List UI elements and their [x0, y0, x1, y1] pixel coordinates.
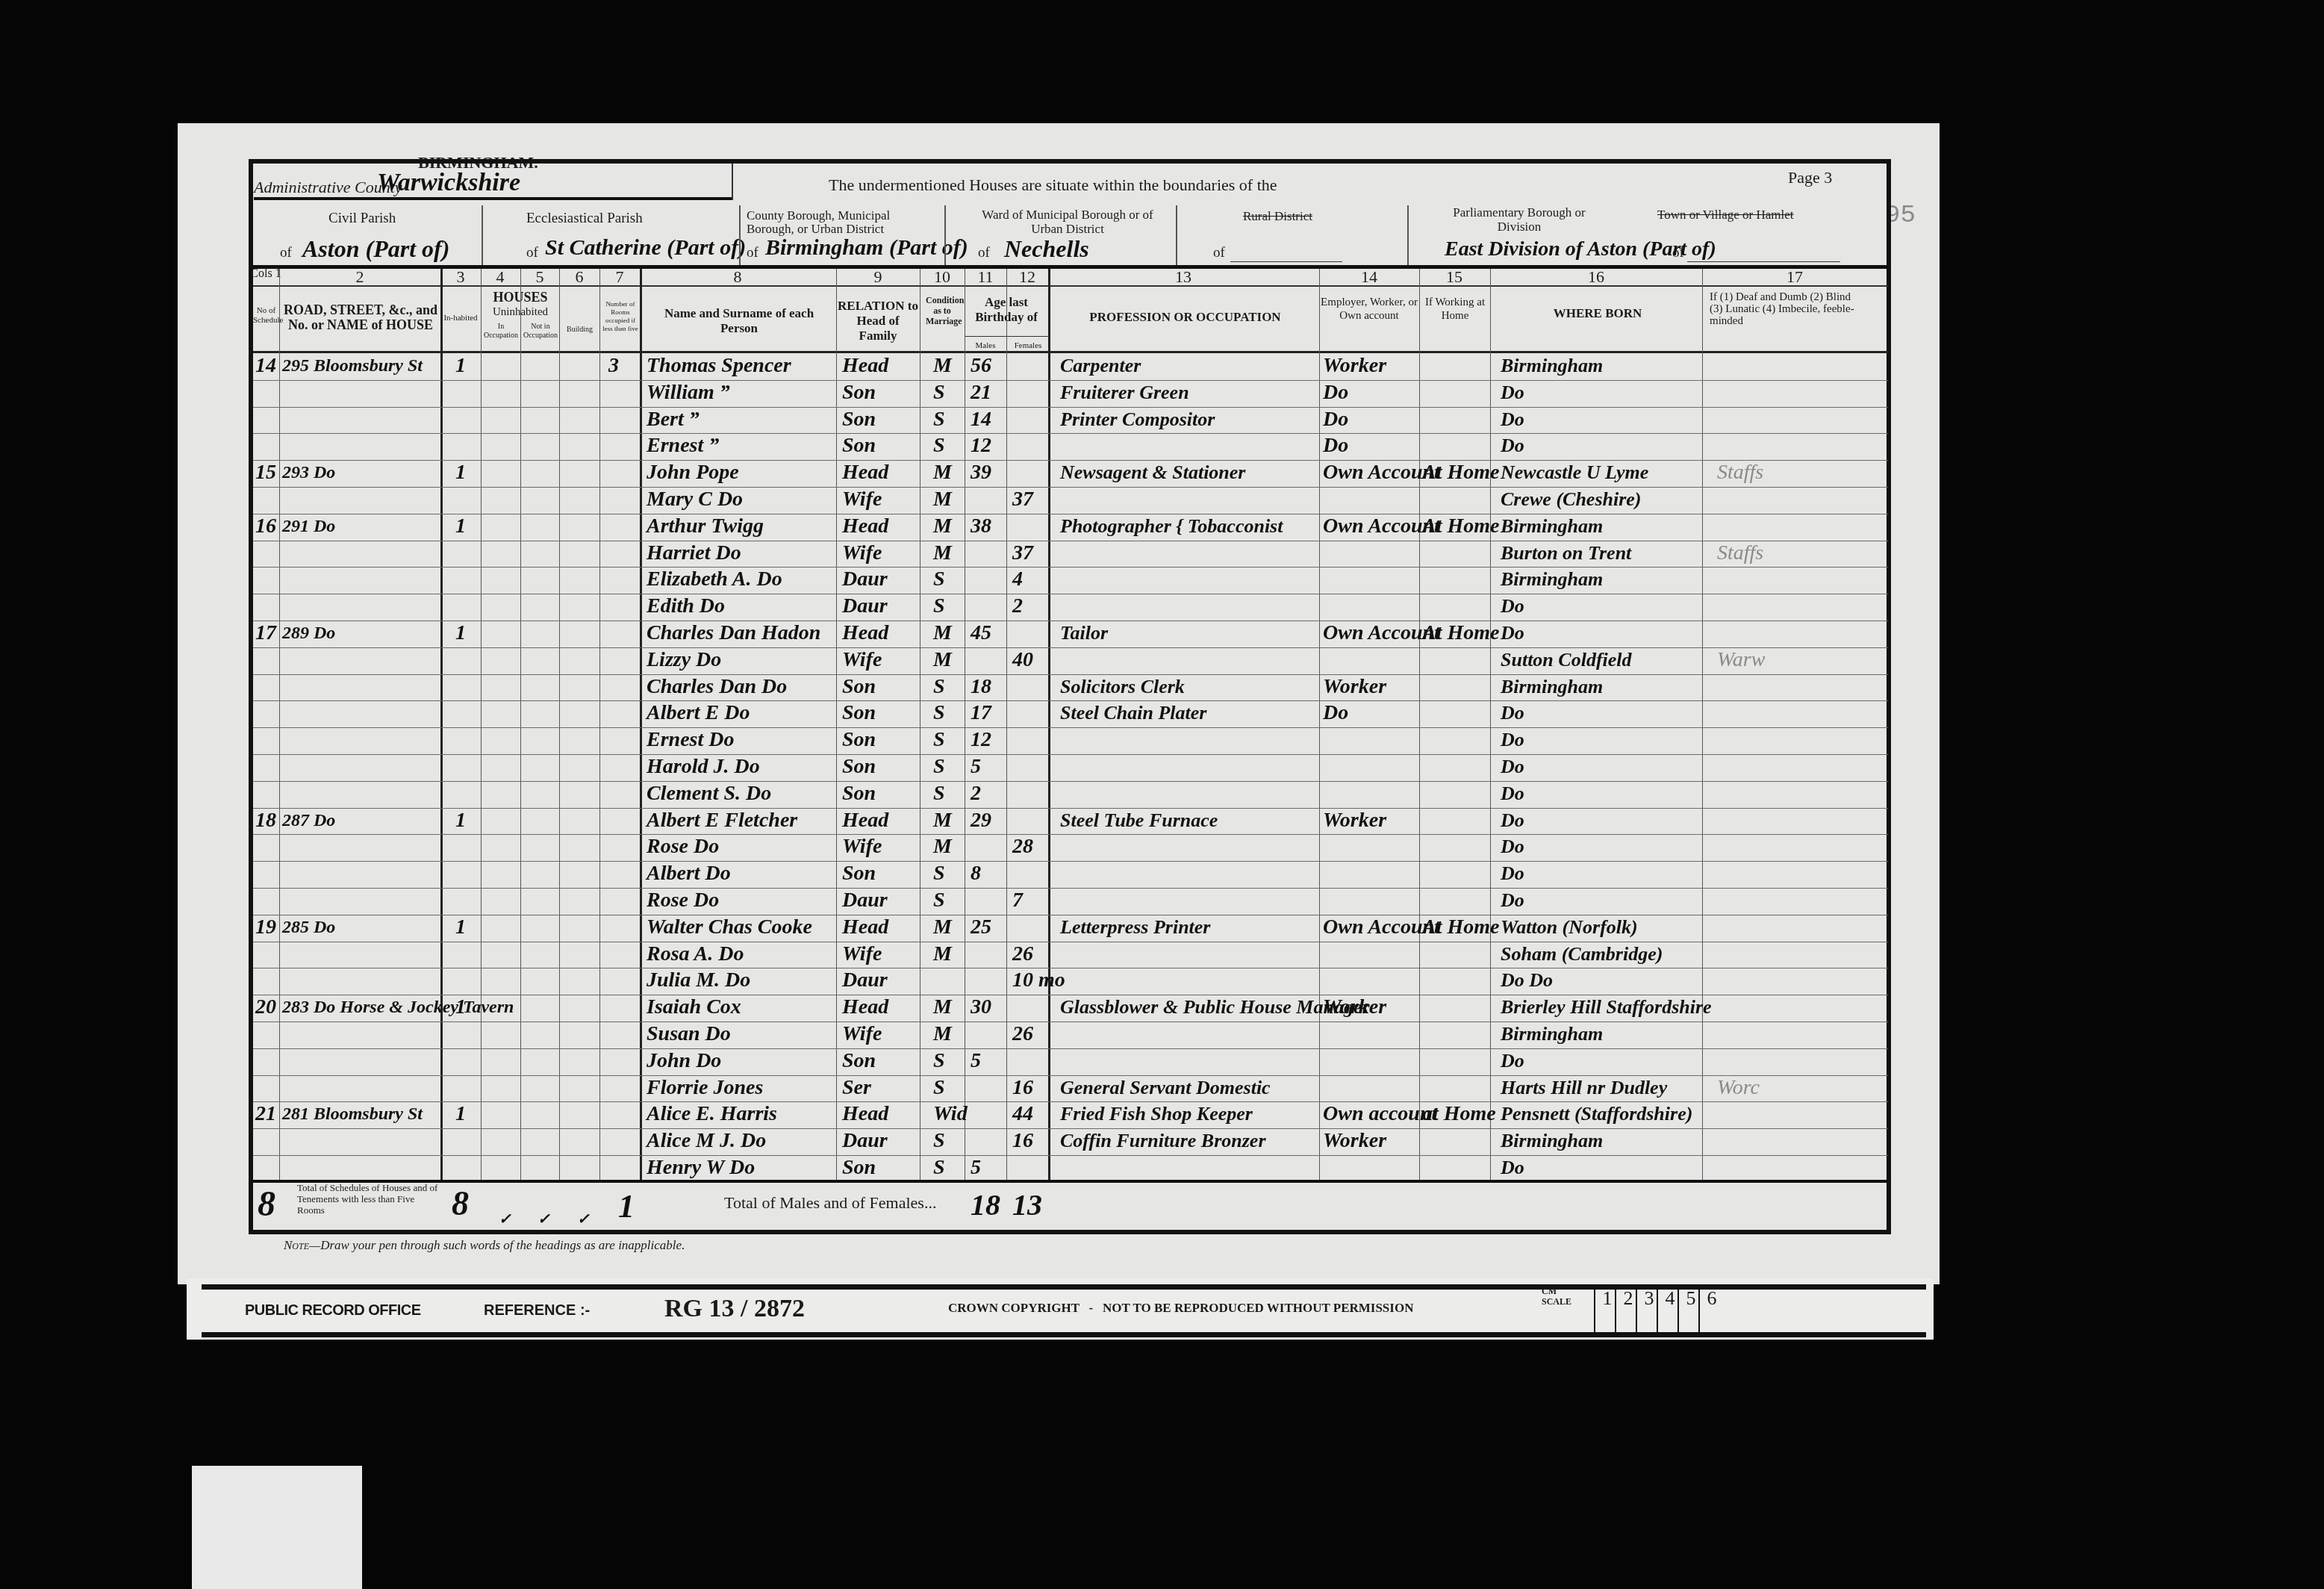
birthplace: Do — [1501, 699, 1524, 727]
header-relation: RELATION to Head of Family — [838, 299, 918, 343]
relation: Daur — [842, 592, 888, 621]
inhabited-count: 1 — [455, 1100, 466, 1128]
marital-condition: S — [933, 1154, 945, 1182]
column-number: 16 — [1574, 267, 1619, 287]
employment-status: Do — [1323, 379, 1348, 407]
male-age: 5 — [971, 753, 981, 781]
birthplace: Soham (Cambridge) — [1501, 940, 1663, 968]
birthplace: Do — [1501, 780, 1524, 808]
column-divider — [440, 269, 443, 1180]
employment-status: Own account — [1323, 1100, 1437, 1128]
marital-condition: S — [933, 673, 945, 701]
female-age: 28 — [1012, 833, 1033, 861]
row-rule — [253, 754, 1888, 755]
header-rooms: Number of Rooms occupied if less than fi… — [601, 300, 640, 333]
column-divider — [481, 269, 482, 1180]
rooms-count: 3 — [608, 352, 619, 380]
header-occupation: PROFESSION OR OCCUPATION — [1053, 310, 1318, 325]
column-divider — [279, 269, 280, 1180]
marital-condition: S — [933, 753, 945, 781]
marital-condition: M — [933, 806, 952, 835]
marital-condition: S — [933, 886, 945, 915]
person-name: Thomas Spencer — [647, 352, 791, 380]
female-age: 40 — [1012, 646, 1033, 674]
row-rule — [253, 594, 1888, 594]
relation: Son — [842, 1154, 876, 1182]
house-address: 281 Bloomsbury St — [282, 1100, 423, 1128]
marital-condition: M — [933, 913, 952, 942]
schedule-number: 14 — [255, 352, 276, 380]
relation: Head — [842, 512, 888, 541]
person-name: Bert ” — [647, 405, 700, 434]
row-rule — [253, 567, 1888, 567]
marital-condition: S — [933, 1047, 945, 1075]
males-females-label: Total of Males and of Females... — [724, 1193, 936, 1213]
marital-condition: M — [933, 485, 952, 514]
marital-condition: M — [933, 1020, 952, 1048]
female-age: 16 — [1012, 1074, 1033, 1102]
marital-condition: M — [933, 833, 952, 861]
relation: Daur — [842, 565, 888, 594]
marital-condition: M — [933, 539, 952, 567]
house-address: 287 Do — [282, 806, 335, 835]
birthplace: Do — [1501, 726, 1524, 754]
birthplace: Burton on Trent — [1501, 539, 1631, 567]
house-address: 285 Do — [282, 913, 335, 942]
male-age: 5 — [971, 1047, 981, 1075]
house-address: 295 Bloomsbury St — [282, 352, 423, 380]
birthplace: Pensnett (Staffordshire) — [1501, 1100, 1692, 1128]
relation: Daur — [842, 886, 888, 915]
header-employer: Employer, Worker, or Own account — [1320, 296, 1418, 323]
birthplace: Do — [1501, 379, 1524, 407]
marital-condition: S — [933, 1127, 945, 1155]
person-name: Albert E Fletcher — [647, 806, 797, 835]
schedule-number: 20 — [255, 993, 276, 1021]
person-name: Julia M. Do — [647, 966, 750, 995]
male-age: 39 — [971, 458, 991, 487]
person-name: Alice E. Harris — [647, 1100, 777, 1128]
male-age: 12 — [971, 726, 991, 754]
person-name: Rose Do — [647, 886, 719, 915]
occupation: Coffin Furniture Bronzer — [1060, 1127, 1266, 1155]
person-name: Elizabeth A. Do — [647, 565, 782, 594]
reference-strip: PUBLIC RECORD OFFICE REFERENCE :- RG 13 … — [187, 1278, 1934, 1340]
relation: Wife — [842, 833, 882, 861]
person-name: Harriet Do — [647, 539, 741, 567]
note-body: Draw your pen through such words of the … — [320, 1238, 685, 1252]
birthplace: Do — [1501, 1154, 1524, 1182]
schedule-number: 15 — [255, 458, 276, 487]
female-age: 44 — [1012, 1100, 1033, 1128]
column-number: 6 — [557, 267, 602, 287]
occupation: Printer Compositor — [1060, 405, 1215, 434]
header-name: Name and Surname of each Person — [649, 306, 829, 336]
relation: Son — [842, 432, 876, 460]
working-at-home: at Home — [1422, 1100, 1496, 1128]
birthplace: Brierley Hill Staffordshire — [1501, 993, 1712, 1021]
column-number: 4 — [478, 267, 523, 287]
person-name: Florrie Jones — [647, 1074, 763, 1102]
header-condition: Condition as to Marriage — [926, 295, 959, 326]
marital-condition: S — [933, 780, 945, 808]
schedule-number: 19 — [255, 913, 276, 942]
relation: Wife — [842, 940, 882, 968]
column-number: 5 — [517, 267, 562, 287]
column-divider — [920, 269, 920, 1180]
employment-status: Do — [1323, 432, 1348, 460]
female-age: 37 — [1012, 485, 1033, 514]
relation: Son — [842, 753, 876, 781]
marital-condition: S — [933, 379, 945, 407]
column-number: 14 — [1347, 267, 1392, 287]
marital-condition: M — [933, 646, 952, 674]
house-address: 291 Do — [282, 512, 335, 541]
male-age: 30 — [971, 993, 991, 1021]
employment-status: Worker — [1323, 806, 1386, 835]
reference-label: REFERENCE :- — [484, 1302, 590, 1319]
male-age: 8 — [971, 859, 981, 888]
birthplace: Harts Hill nr Dudley — [1501, 1074, 1667, 1102]
occupation: Solicitors Clerk — [1060, 673, 1185, 701]
relation: Wife — [842, 539, 882, 567]
female-age: 2 — [1012, 592, 1023, 621]
relation: Son — [842, 673, 876, 701]
person-name: Ernest Do — [647, 726, 734, 754]
birthplace: Crewe (Cheshire) — [1501, 485, 1642, 514]
person-name: Mary C Do — [647, 485, 743, 514]
working-at-home: At Home — [1422, 458, 1499, 487]
employment-status: Worker — [1323, 993, 1386, 1021]
marital-condition: M — [933, 993, 952, 1021]
relation: Head — [842, 619, 888, 647]
header-in-occupation: In Occupation — [482, 323, 520, 340]
person-name: John Do — [647, 1047, 721, 1075]
working-at-home: At Home — [1422, 619, 1499, 647]
person-name: Rosa A. Do — [647, 940, 744, 968]
row-rule — [253, 861, 1888, 862]
person-name: Alice M J. Do — [647, 1127, 766, 1155]
column-number: 8 — [715, 267, 760, 287]
occupation: Letterpress Printer — [1060, 913, 1211, 942]
marital-condition: M — [933, 512, 952, 541]
employment-status: Worker — [1323, 352, 1386, 380]
column-number: 10 — [920, 267, 965, 287]
inhabited-count: 1 — [455, 913, 466, 942]
row-rule — [253, 888, 1888, 889]
working-at-home: At Home — [1422, 512, 1499, 541]
female-age: 26 — [1012, 940, 1033, 968]
employment-status: Do — [1323, 699, 1348, 727]
relation: Head — [842, 913, 888, 942]
tick-col5: ✓ — [538, 1210, 550, 1228]
scale-label: CM SCALE — [1542, 1286, 1579, 1307]
female-age: 37 — [1012, 539, 1033, 567]
marital-condition: Wid — [933, 1100, 968, 1128]
marital-condition: S — [933, 699, 945, 727]
relation: Son — [842, 780, 876, 808]
males-total: 18 — [971, 1187, 1000, 1222]
birthplace: Sutton Coldfield — [1501, 646, 1632, 674]
employment-status: Worker — [1323, 1127, 1386, 1155]
birthplace: Do — [1501, 1047, 1524, 1075]
row-rule — [253, 781, 1888, 782]
schedule-number: 21 — [255, 1100, 276, 1128]
female-age: 16 — [1012, 1127, 1033, 1155]
calibration-card — [192, 1466, 362, 1589]
column-number: 2 — [337, 267, 382, 287]
person-name: Ernest ” — [647, 432, 719, 460]
person-name: Lizzy Do — [647, 646, 721, 674]
schedules-total-label: Total of Schedules of Houses and of Tene… — [297, 1182, 439, 1216]
birthplace: Do — [1501, 592, 1524, 621]
occupation: Fried Fish Shop Keeper — [1060, 1100, 1253, 1128]
marital-condition: S — [933, 432, 945, 460]
birthplace: Birmingham — [1501, 673, 1603, 701]
marital-condition: M — [933, 352, 952, 380]
birthplace: Birmingham — [1501, 1020, 1603, 1048]
birthplace: Do — [1501, 833, 1524, 861]
marital-condition: S — [933, 405, 945, 434]
column-number: 15 — [1432, 267, 1477, 287]
working-at-home: At Home — [1422, 913, 1499, 942]
relation: Head — [842, 458, 888, 487]
record-office-label: PUBLIC RECORD OFFICE — [245, 1302, 421, 1319]
person-name: Clement S. Do — [647, 780, 771, 808]
relation: Wife — [842, 485, 882, 514]
header-building: Building — [560, 323, 599, 338]
male-age: 17 — [971, 699, 991, 727]
birthplace: Do — [1501, 859, 1524, 888]
male-age: 38 — [971, 512, 991, 541]
female-age: 26 — [1012, 1020, 1033, 1048]
row-rule — [253, 1048, 1888, 1049]
occupation: General Servant Domestic — [1060, 1074, 1271, 1102]
person-name: Rose Do — [647, 833, 719, 861]
male-age: 25 — [971, 913, 991, 942]
pencil-note: Warw — [1717, 646, 1765, 674]
birthplace: Do — [1501, 405, 1524, 434]
marital-condition: M — [933, 458, 952, 487]
column-number: 3 — [438, 267, 483, 287]
header-at-home: If Working at Home — [1421, 296, 1489, 323]
birthplace: Birmingham — [1501, 1127, 1603, 1155]
female-age: 4 — [1012, 565, 1023, 594]
birthplace: Do — [1501, 432, 1524, 460]
relation: Son — [842, 1047, 876, 1075]
house-address: 289 Do — [282, 619, 335, 647]
column-number: 17 — [1772, 267, 1817, 287]
inhabited-count: 1 — [455, 806, 466, 835]
birthplace: Birmingham — [1501, 565, 1603, 594]
tick-col4: ✓ — [499, 1210, 511, 1228]
relation: Wife — [842, 1020, 882, 1048]
relation: Head — [842, 352, 888, 380]
note-prefix: Note— — [284, 1238, 320, 1252]
relation: Head — [842, 806, 888, 835]
person-name: Susan Do — [647, 1020, 731, 1048]
pencil-note: Worc — [1717, 1074, 1760, 1102]
column-number: Cols 1 — [243, 267, 288, 281]
column-divider — [1419, 269, 1420, 1180]
person-name: Albert Do — [647, 859, 731, 888]
colnum-rule — [253, 285, 1888, 287]
male-age: 14 — [971, 405, 991, 434]
birthplace: Do — [1501, 619, 1524, 647]
relation: Son — [842, 859, 876, 888]
female-age: 10 mo — [1012, 966, 1065, 995]
person-name: Albert E Do — [647, 699, 750, 727]
relation: Daur — [842, 966, 888, 995]
column-divider — [1490, 269, 1491, 1180]
marital-condition: S — [933, 859, 945, 888]
column-number: 11 — [963, 267, 1008, 287]
person-name: John Pope — [647, 458, 739, 487]
person-name: Edith Do — [647, 592, 725, 621]
birthplace: Birmingham — [1501, 352, 1603, 380]
occupation: Fruiterer Green — [1060, 379, 1189, 407]
relation: Head — [842, 1100, 888, 1128]
inhabited-count: 1 — [455, 993, 466, 1021]
column-divider — [1702, 269, 1703, 1180]
person-name: Charles Dan Hadon — [647, 619, 820, 647]
male-age: 56 — [971, 352, 991, 380]
header-schedule: No of Schedule — [253, 306, 279, 326]
person-name: Charles Dan Do — [647, 673, 787, 701]
pencil-note: Staffs — [1717, 458, 1763, 487]
relation: Wife — [842, 646, 882, 674]
inhabited-count: 1 — [455, 619, 466, 647]
header-inhabited: In-habited — [440, 314, 481, 323]
birthplace: Do — [1501, 753, 1524, 781]
rooms-total: 1 — [618, 1187, 635, 1225]
column-divider — [520, 269, 521, 1180]
person-name: Henry W Do — [647, 1154, 755, 1182]
schedule-number: 16 — [255, 512, 276, 541]
marital-condition: M — [933, 940, 952, 968]
column-divider — [640, 269, 642, 1180]
birthplace: Do Do — [1501, 966, 1553, 995]
birthplace: Birmingham — [1501, 512, 1603, 541]
relation: Son — [842, 379, 876, 407]
column-divider — [836, 269, 837, 1180]
column-divider — [1006, 269, 1007, 1180]
column-divider — [599, 269, 600, 1180]
occupation: Steel Tube Furnace — [1060, 806, 1218, 835]
male-age: 18 — [971, 673, 991, 701]
schedule-number: 18 — [255, 806, 276, 835]
copyright-notice: CROWN COPYRIGHT - NOT TO BE REPRODUCED W… — [948, 1301, 1413, 1316]
occupation: Photographer { Tobacconist — [1060, 512, 1283, 541]
inhabited-count: 1 — [455, 352, 466, 380]
relation: Daur — [842, 1127, 888, 1155]
column-number: 9 — [856, 267, 900, 287]
house-address: 293 Do — [282, 458, 335, 487]
marital-condition: S — [933, 1074, 945, 1102]
column-divider — [559, 269, 560, 1180]
occupation: Steel Chain Plater — [1060, 699, 1206, 727]
marital-condition: M — [933, 619, 952, 647]
column-number: 12 — [1005, 267, 1050, 287]
tick-col6: ✓ — [577, 1210, 590, 1228]
scale-mark: 6 — [1698, 1287, 1724, 1332]
birthplace: Do — [1501, 806, 1524, 835]
header-road: ROAD, STREET, &c., and No. or NAME of HO… — [281, 302, 440, 332]
birthplace: Do — [1501, 886, 1524, 915]
relation: Head — [842, 993, 888, 1021]
note-text: Note—Draw your pen through such words of… — [284, 1238, 685, 1253]
inhabited-count: 1 — [455, 512, 466, 541]
relation: Son — [842, 405, 876, 434]
birthplace: Newcastle U Lyme — [1501, 458, 1648, 487]
females-total: 13 — [1012, 1187, 1042, 1222]
male-age: 45 — [971, 619, 991, 647]
employment-status: Do — [1323, 405, 1348, 434]
strip-bottom-rule — [202, 1332, 1926, 1337]
column-divider — [965, 269, 965, 1180]
column-number: 13 — [1161, 267, 1206, 287]
male-age: 29 — [971, 806, 991, 835]
totals-rule — [253, 1180, 1888, 1183]
male-age: 5 — [971, 1154, 981, 1182]
male-age: 2 — [971, 780, 981, 808]
person-name: Walter Chas Cooke — [647, 913, 812, 942]
schedule-number: 17 — [255, 619, 276, 647]
relation: Son — [842, 699, 876, 727]
male-age: 12 — [971, 432, 991, 460]
relation: Ser — [842, 1074, 871, 1102]
schedules-total: 8 — [258, 1184, 275, 1225]
person-name: Arthur Twigg — [647, 512, 764, 541]
person-name: Isaiah Cox — [647, 993, 741, 1021]
column-divider — [1048, 269, 1050, 1180]
person-name: William ” — [647, 379, 730, 407]
occupation: Tailor — [1060, 619, 1108, 647]
inhabited-count: 1 — [455, 458, 466, 487]
marital-condition: S — [933, 726, 945, 754]
column-number: 7 — [597, 267, 642, 287]
header-infirmity: If (1) Deaf and Dumb (2) Blind (3) Lunat… — [1710, 291, 1859, 327]
occupation: Carpenter — [1060, 352, 1141, 380]
marital-condition: S — [933, 565, 945, 594]
column-divider — [1319, 269, 1320, 1180]
inhabited-total: 8 — [452, 1184, 469, 1223]
header-where-born: WHERE BORN — [1493, 306, 1702, 321]
female-age: 7 — [1012, 886, 1023, 915]
relation: Son — [842, 726, 876, 754]
header-not-in-occupation: Not in Occupation — [521, 323, 560, 340]
employment-status: Worker — [1323, 673, 1386, 701]
reference-value: RG 13 / 2872 — [664, 1295, 805, 1323]
male-age: 21 — [971, 379, 991, 407]
pencil-note: Staffs — [1717, 539, 1763, 567]
marital-condition: S — [933, 592, 945, 621]
person-name: Harold J. Do — [647, 753, 760, 781]
house-address: 283 Do Horse & Jockey Tavern — [282, 993, 514, 1021]
occupation: Newsagent & Stationer — [1060, 458, 1245, 487]
birthplace: Watton (Norfolk) — [1501, 913, 1638, 942]
